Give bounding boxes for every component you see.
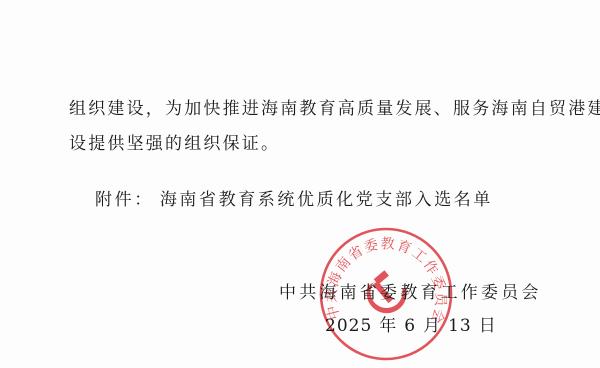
attachment-title: 海南省教育系统优质化党支部入选名单 (160, 190, 493, 210)
date-day-unit: 日 (479, 316, 497, 336)
issuing-organization: 中共海南省委教育工作委员会 (279, 278, 542, 303)
date-day: 13 (448, 316, 472, 336)
attachment-line: 附件：海南省教育系统优质化党支部入选名单 (95, 185, 493, 210)
body-paragraph-line-2: 设提供坚强的组织保证。 (69, 129, 280, 154)
date-year: 2025 (325, 316, 372, 336)
date-year-unit: 年 (379, 316, 397, 336)
date-month: 6 (404, 316, 416, 336)
issue-date: 2025年6月13日 (325, 311, 504, 336)
date-month-unit: 月 (423, 316, 441, 336)
body-paragraph-line-1: 组织建设，为加快推进海南教育高质量发展、服务海南自贸港建 (69, 94, 600, 119)
attachment-label: 附件： (95, 190, 154, 210)
